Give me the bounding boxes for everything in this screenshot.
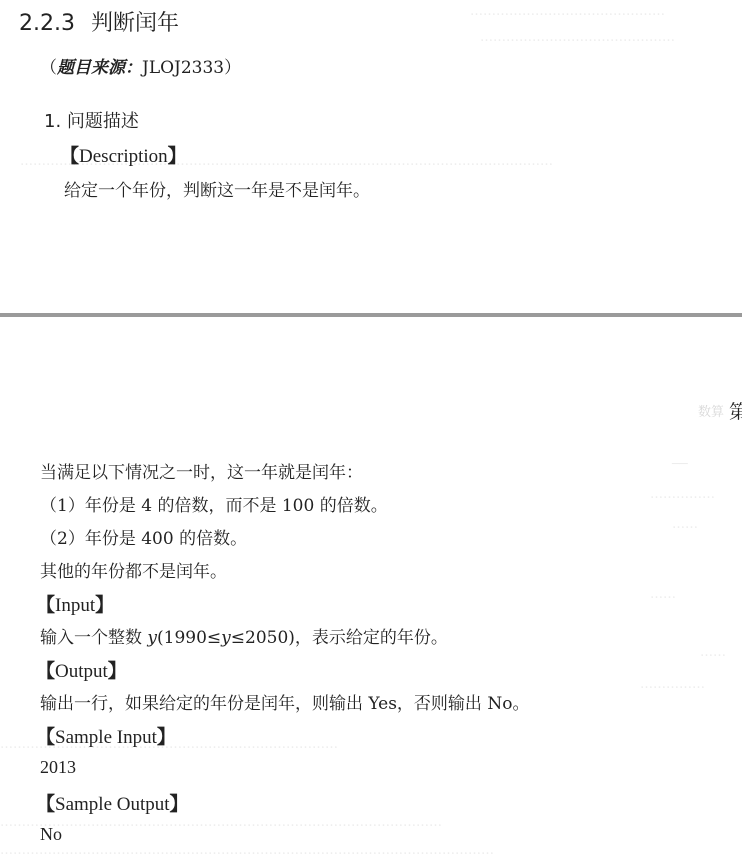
source-label: 题目来源：: [57, 58, 142, 78]
input-heading: 【Input】: [36, 590, 114, 617]
show-through-text: ……: [672, 517, 698, 532]
bottom-page: 数算 第 ── …………… …… …… …… …………… ………………………………: [0, 317, 742, 859]
show-through-text: ……………: [650, 487, 715, 502]
subheading-problem-description: 1. 问题描述: [44, 107, 139, 133]
show-through-text: ……: [650, 587, 676, 602]
show-through-text: ……………: [640, 677, 705, 692]
bracket-open: 【: [36, 727, 55, 748]
edge-char: 第: [729, 397, 742, 424]
output-heading-label: Output: [55, 661, 108, 682]
show-through-text: ………………………………………: [470, 4, 665, 19]
output-heading: 【Output】: [36, 656, 127, 683]
bracket-open: 【: [36, 794, 55, 815]
input-range-open: (1990≤: [157, 628, 221, 648]
bracket-close: 】: [170, 794, 189, 815]
bracket-open: 【: [36, 595, 55, 616]
paren-close: ）: [224, 58, 241, 78]
input-text: 输入一个整数 y(1990≤y≤2050)，表示给定的年份。: [40, 623, 448, 648]
rule-item-1: （1）年份是 4 的倍数，而不是 100 的倍数。: [40, 491, 388, 516]
bracket-open: 【: [36, 661, 55, 682]
source-value: JLOJ2333: [142, 58, 224, 78]
bracket-close: 】: [157, 727, 176, 748]
input-text-prefix: 输入一个整数: [40, 628, 147, 648]
section-number: 2.2.3: [19, 11, 75, 36]
section-title: 2.2.3判断闰年: [19, 6, 179, 37]
show-through-text: ──: [672, 457, 688, 472]
paren-open: （: [40, 58, 57, 78]
description-heading-label: Description: [79, 146, 168, 167]
sample-input-value: 2013: [40, 757, 76, 778]
edge-faint-text: 数算: [698, 401, 724, 420]
sample-output-value: No: [40, 824, 62, 845]
output-text: 输出一行，如果给定的年份是闰年，则输出 Yes，否则输出 No。: [40, 689, 529, 714]
show-through-text: ………………………………………: [480, 30, 675, 45]
show-through-text: ……: [700, 645, 726, 660]
section-title-text: 判断闰年: [91, 11, 179, 36]
input-range-close: ≤2050)，表示给定的年份。: [231, 628, 448, 648]
description-heading: 【Description】: [60, 141, 187, 168]
rule-item-2: （2）年份是 400 的倍数。: [40, 524, 247, 549]
sample-output-heading-label: Sample Output: [55, 794, 170, 815]
bracket-open: 【: [60, 146, 79, 167]
var-y: y: [221, 628, 231, 648]
show-through-text: …………………………………………………………………………………………: [0, 815, 442, 830]
bracket-close: 】: [95, 595, 114, 616]
rules-outro: 其他的年份都不是闰年。: [40, 557, 227, 582]
rules-intro: 当满足以下情况之一时，这一年就是闰年：: [40, 458, 363, 483]
show-through-text: ……………………………………………………………………………………………………: [0, 843, 494, 858]
bracket-close: 】: [168, 146, 187, 167]
sample-input-heading-label: Sample Input: [55, 727, 157, 748]
sample-output-heading: 【Sample Output】: [36, 789, 189, 816]
description-text: 给定一个年份，判断这一年是不是闰年。: [64, 176, 370, 201]
sample-input-heading: 【Sample Input】: [36, 722, 176, 749]
problem-source: （题目来源：JLOJ2333）: [40, 53, 241, 78]
var-y: y: [147, 628, 157, 648]
bracket-close: 】: [108, 661, 127, 682]
input-heading-label: Input: [55, 595, 95, 616]
top-page: ……………………………………… ……………………………………… ………………………: [0, 0, 742, 313]
